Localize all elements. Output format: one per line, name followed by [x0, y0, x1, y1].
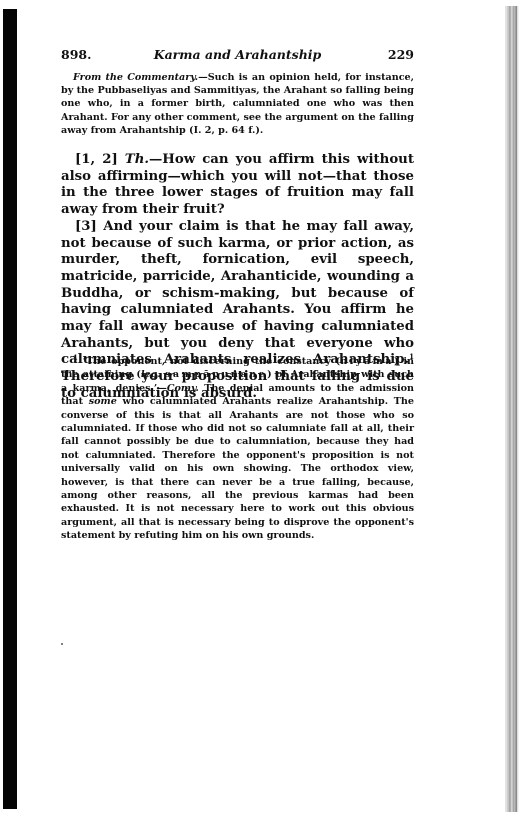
- commentary-lead: From the Commentary.: [73, 72, 198, 83]
- speaker: Th.: [125, 152, 149, 167]
- commentary-note: From the Commentary.—Such is an opinion …: [61, 71, 414, 137]
- emphasis: some: [89, 396, 117, 407]
- paragraph-1: [1, 2] Th.—How can you affirm this witho…: [61, 152, 414, 219]
- paragraph-text: And your claim is that he may fall away,…: [61, 219, 414, 368]
- scan-page-edges-right: [505, 6, 519, 812]
- paragraph-ref: [1, 2]: [75, 152, 125, 167]
- footnote: 1 ‘The opponent, not discerning the cons…: [61, 355, 414, 543]
- leg-abbrev: leg.: [141, 369, 161, 380]
- footnote-text: who calumniated Arahants realize Arahant…: [61, 396, 414, 541]
- paragraph-ref: [3]: [75, 219, 103, 234]
- scan-speck: [61, 643, 63, 645]
- running-title: Karma and Arahantship: [61, 47, 414, 62]
- page-number: 229: [388, 47, 414, 62]
- pali-term: sampāpuṇane: [165, 369, 267, 380]
- pali-term: niyāma: [340, 356, 394, 367]
- footnote-text: ‘The opponent, not discerning the consta…: [78, 356, 340, 367]
- running-header: 898. Karma and Arahantship 229: [61, 47, 414, 63]
- scan-binding-shadow-left: [3, 9, 17, 809]
- comy-abbrev: Comy.: [167, 383, 199, 394]
